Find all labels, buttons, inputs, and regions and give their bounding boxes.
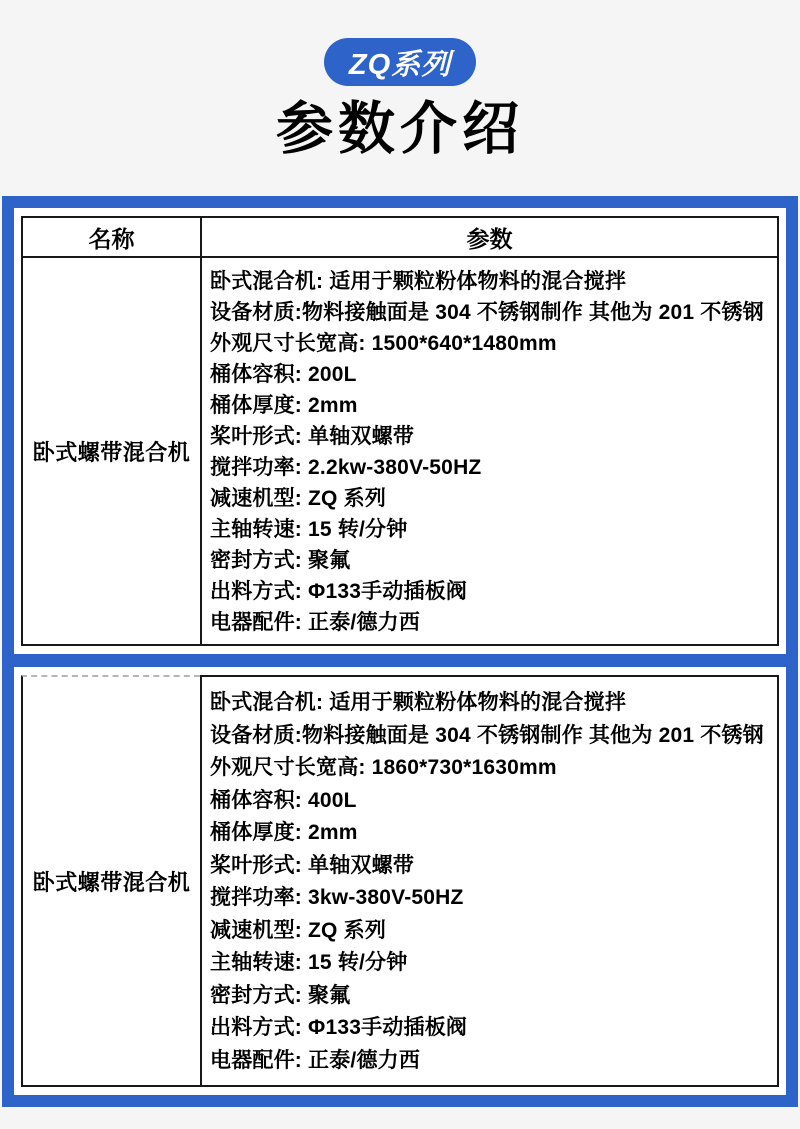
product-name-cell: 卧式螺带混合机: [23, 258, 202, 644]
spec-line: 桶体厚度: 2mm: [210, 817, 771, 850]
params-cell: 卧式混合机: 适用于颗粒粉体物料的混合搅拌 设备材质:物料接触面是 304 不锈…: [202, 258, 777, 644]
params-cell: 卧式混合机: 适用于颗粒粉体物料的混合搅拌 设备材质:物料接触面是 304 不锈…: [200, 675, 779, 1087]
spec-line: 桨叶形式: 单轴双螺带: [210, 850, 771, 883]
spec-line: 电器配件: 正泰/德力西: [210, 607, 771, 638]
spec-line: 搅拌功率: 2.2kw-380V-50HZ: [210, 452, 771, 483]
spec-line: 减速机型: ZQ 系列: [210, 915, 771, 948]
page-title: 参数介绍: [0, 96, 800, 162]
spec-line: 桶体厚度: 2mm: [210, 390, 771, 421]
spec-table-2-inner: 卧式螺带混合机 卧式混合机: 适用于颗粒粉体物料的混合搅拌 设备材质:物料接触面…: [21, 675, 779, 1087]
spec-table-1-inner: 名称 参数 卧式螺带混合机 卧式混合机: 适用于颗粒粉体物料的混合搅拌 设备材质…: [21, 216, 779, 646]
spec-line: 设备材质:物料接触面是 304 不锈钢制作 其他为 201 不锈钢: [210, 297, 771, 328]
spec-line: 减速机型: ZQ 系列: [210, 483, 771, 514]
spec-line: 主轴转速: 15 转/分钟: [210, 947, 771, 980]
series-badge: ZQ系列: [324, 38, 476, 86]
spec-line: 出料方式: Φ133手动插板阀: [210, 576, 771, 607]
spec-line: 桶体容积: 200L: [210, 359, 771, 390]
series-badge-label: ZQ系列: [349, 42, 451, 83]
spec-table-1: 名称 参数 卧式螺带混合机 卧式混合机: 适用于颗粒粉体物料的混合搅拌 设备材质…: [2, 196, 798, 661]
spec-line: 卧式混合机: 适用于颗粒粉体物料的混合搅拌: [210, 266, 771, 297]
spec-line: 出料方式: Φ133手动插板阀: [210, 1012, 771, 1045]
spec-line: 外观尺寸长宽高: 1860*730*1630mm: [210, 752, 771, 785]
spec-line: 桨叶形式: 单轴双螺带: [210, 421, 771, 452]
spec-table-2: 卧式螺带混合机 卧式混合机: 适用于颗粒粉体物料的混合搅拌 设备材质:物料接触面…: [2, 661, 798, 1107]
spec-line: 电器配件: 正泰/德力西: [210, 1045, 771, 1078]
product-spec-page: ZQ系列 参数介绍 名称 参数 卧式螺带混合机 卧式混合机: 适用于颗粒粉体物料…: [0, 0, 800, 1129]
spec-line: 设备材质:物料接触面是 304 不锈钢制作 其他为 201 不锈钢: [210, 720, 771, 753]
table-header-row: 名称 参数: [23, 218, 777, 258]
spec-line: 密封方式: 聚氟: [210, 980, 771, 1013]
spec-line: 主轴转速: 15 转/分钟: [210, 514, 771, 545]
name-column-header: 名称: [23, 218, 202, 256]
params-column-header: 参数: [202, 218, 777, 256]
spec-line: 卧式混合机: 适用于颗粒粉体物料的混合搅拌: [210, 687, 771, 720]
spec-line: 搅拌功率: 3kw-380V-50HZ: [210, 882, 771, 915]
spec-line: 桶体容积: 400L: [210, 785, 771, 818]
spec-line: 密封方式: 聚氟: [210, 545, 771, 576]
table-row: 卧式螺带混合机 卧式混合机: 适用于颗粒粉体物料的混合搅拌 设备材质:物料接触面…: [23, 258, 777, 644]
spec-line: 外观尺寸长宽高: 1500*640*1480mm: [210, 328, 771, 359]
product-name-cell: 卧式螺带混合机: [21, 675, 200, 1087]
